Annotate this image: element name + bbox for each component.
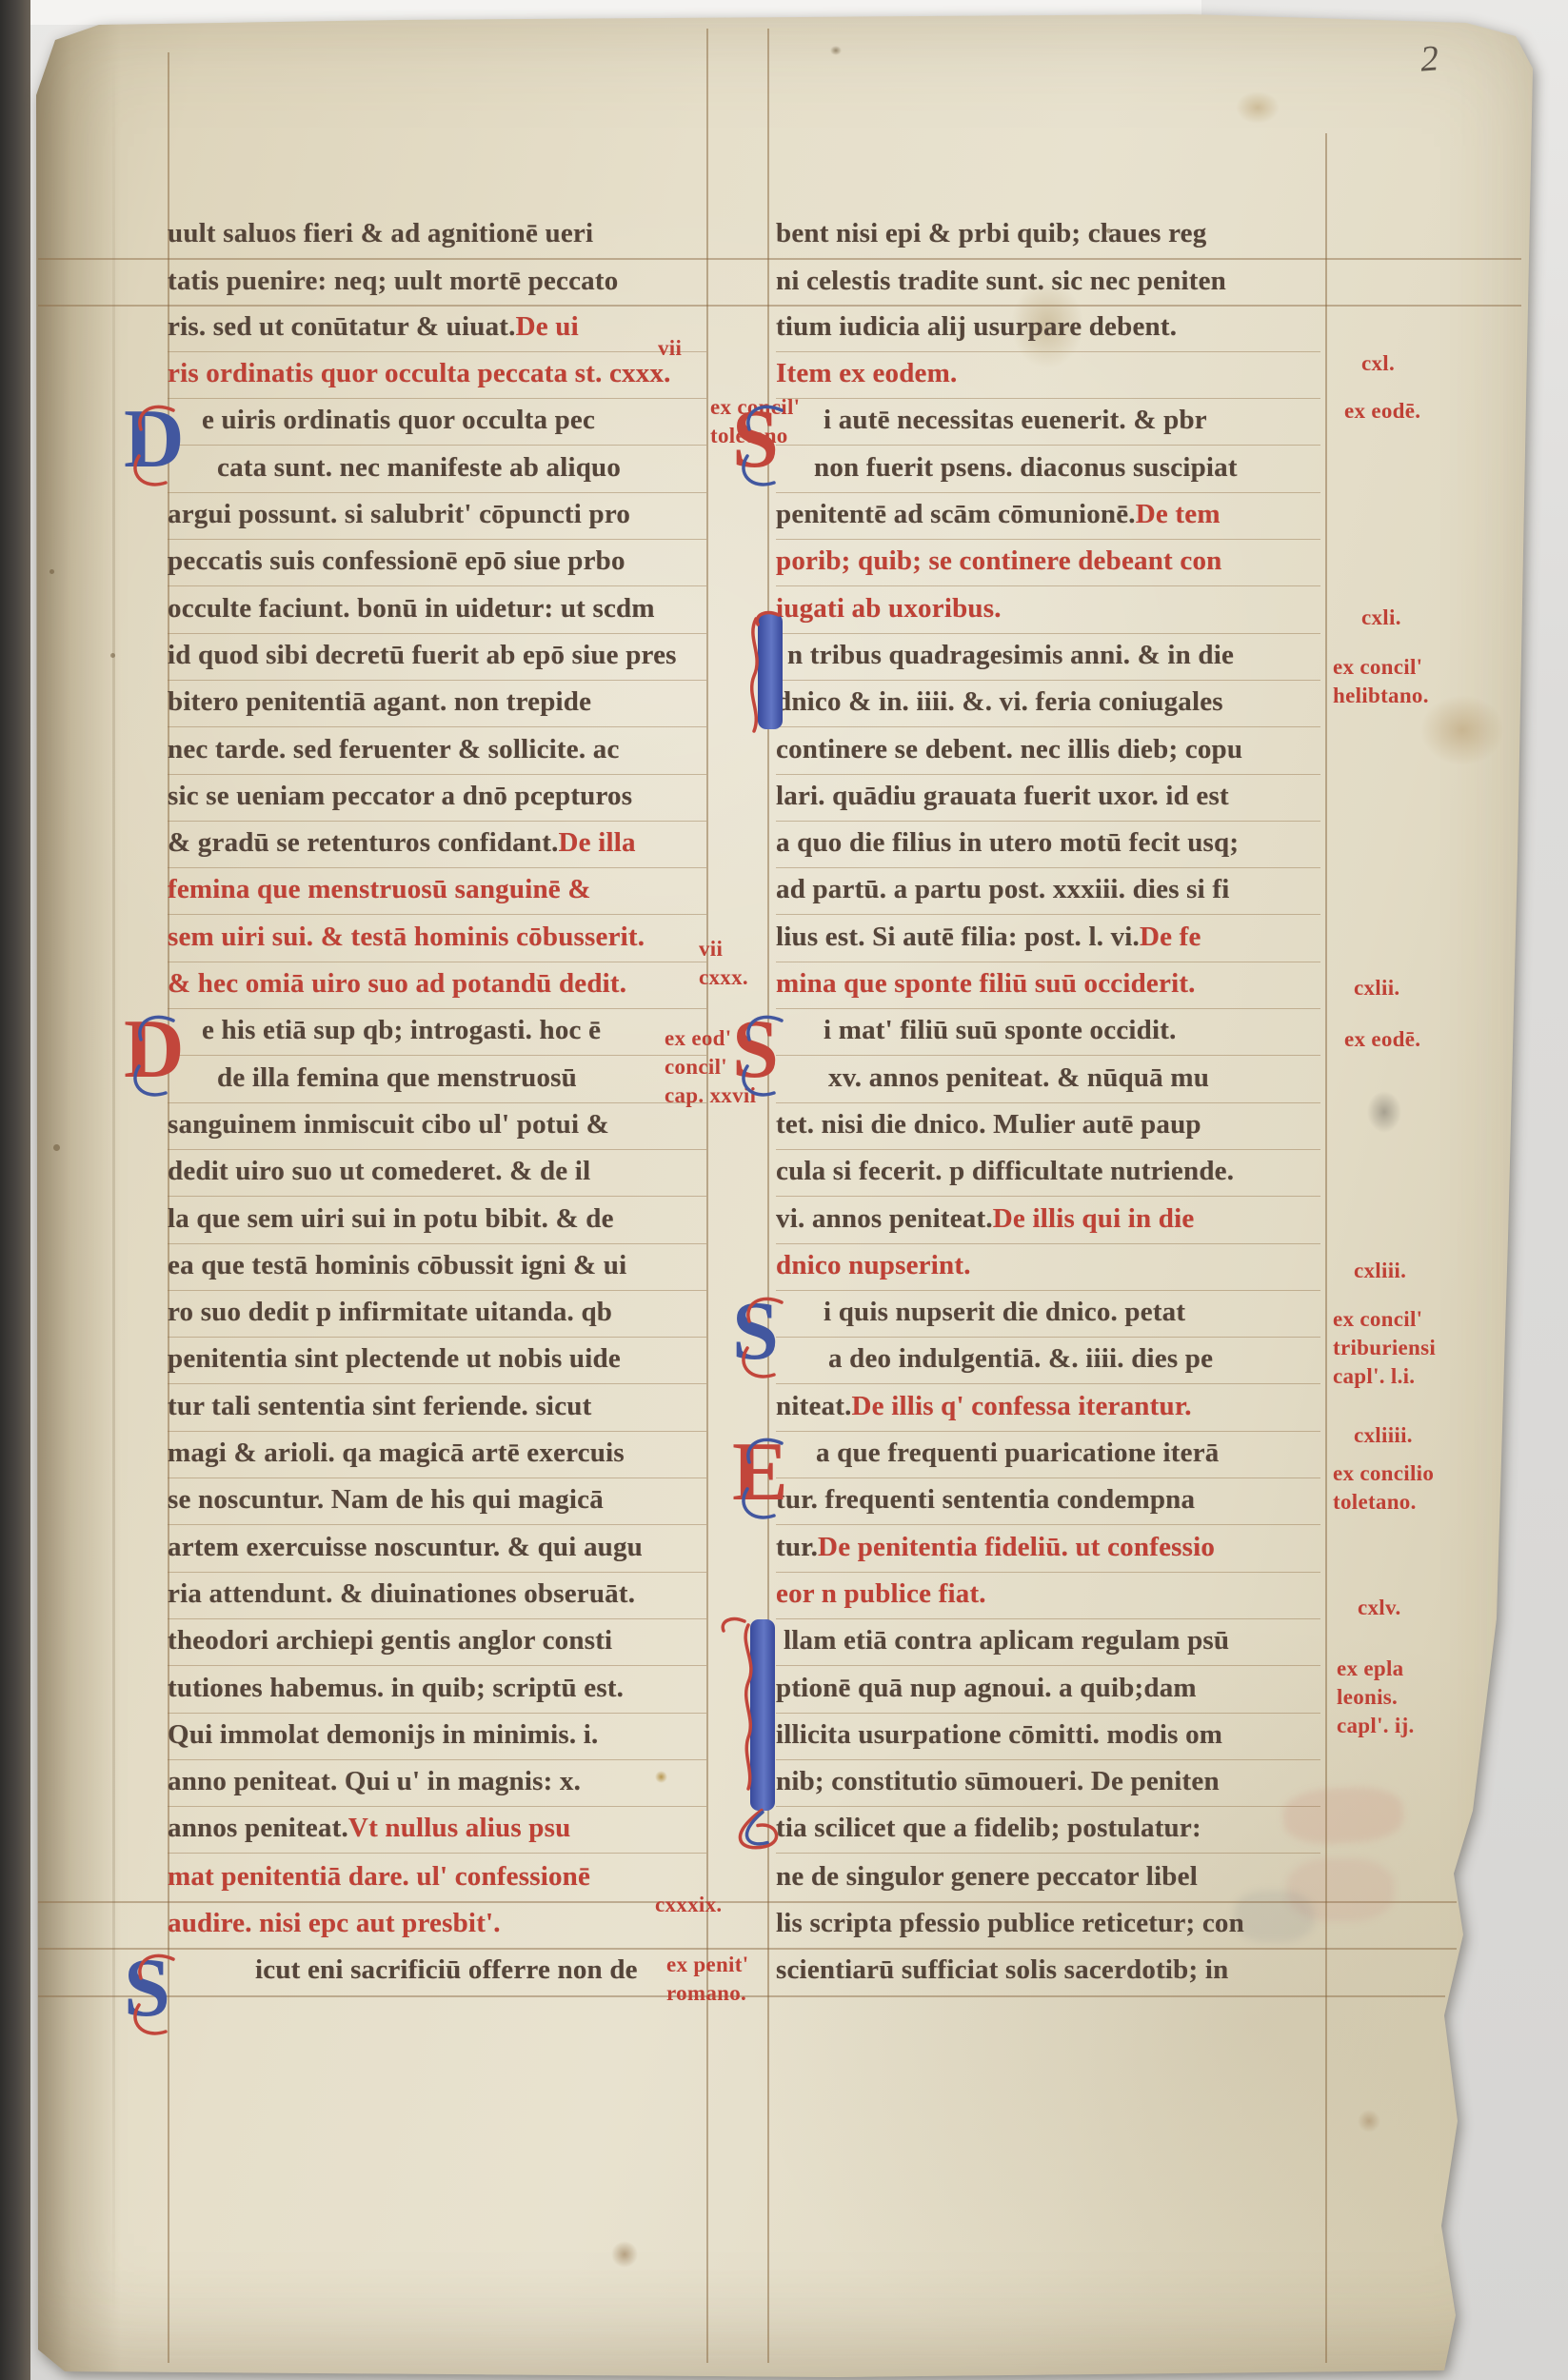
marginal-note-line: ex eodē. [1344,397,1420,426]
illuminated-initial-S: S [124,1946,190,2041]
stain [611,2241,638,2268]
text-line: id quod sibi decretū fuerit ab epō siue … [168,634,706,681]
text-line: sem uiri sui. & testā hominis cōbusserit… [168,916,706,962]
illuminated-initial-S: S [732,1289,799,1384]
text-line: tium iudicia alij usurpare debent. [776,306,1320,352]
text-segment: ptionē quā nup agnoui. a quib;dam [776,1668,1197,1708]
text-line: ne de singulor genere peccator libel [776,1854,1320,1901]
text-line: sanguinem inmiscuit cibo ul' potui & [168,1103,706,1150]
text-line: bent nisi epi & prbi quib; claues reg [776,211,1320,258]
text-segment: de illa femina que menstruosū [217,1058,577,1098]
stain [1358,2110,1380,2132]
text-segment: eor n publice fiat. [776,1574,986,1614]
stain [1236,91,1280,124]
text-line: continere se debent. nec illis dieb; cop… [776,727,1320,774]
illuminated-initial-S: S [732,1007,799,1102]
text-segment: llam etiā contra aplicam regulam psū [784,1620,1229,1660]
text-segment: nec tarde. sed feruenter & sollicite. ac [168,729,620,769]
speck [50,569,54,574]
text-segment: De illis qui in die [993,1199,1195,1239]
text-line: nib; constitutio sūmoueri. De peniten [776,1760,1320,1807]
text-segment: continere se debent. nec illis dieb; cop… [776,729,1242,769]
text-segment: uult saluos fieri & ad agnitionē ueri [168,213,593,253]
text-line: mat penitentiā dare. ul' confessionē [168,1854,706,1901]
illuminated-initial-D: D [124,397,190,492]
marginal-note: cxlii. [1354,974,1399,1002]
text-segment: ni celestis tradite sunt. sic nec penite… [776,261,1226,301]
text-line: cula si fecerit. p difficultate nutriend… [776,1150,1320,1197]
text-line: ni celestis tradite sunt. sic nec penite… [776,258,1320,305]
text-segment: sanguinem inmiscuit cibo ul' potui & [168,1104,609,1144]
marginal-note: cxl. [1361,349,1395,378]
text-line: dnico nupserint. [776,1244,1320,1291]
text-line: magi & arioli. qa magicā artē exercuis [168,1432,706,1478]
text-line: scientiarū sufficiat solis sacerdotib; i… [776,1948,1320,1994]
text-line: tet. nisi die dnico. Mulier autē paup [776,1103,1320,1150]
marginal-note-line: ex concil' [1333,653,1429,682]
text-segment: tium iudicia alij usurpare debent. [776,307,1177,347]
text-segment: ea que testā hominis cōbussit igni & ui [168,1245,626,1285]
text-line: tur. frequenti sententia condempna [776,1478,1320,1525]
text-line: i quis nupserit die dnico. petat [776,1291,1320,1338]
text-line: ea que testā hominis cōbussit igni & ui [168,1244,706,1291]
text-segment: tur. frequenti sententia condempna [776,1479,1195,1519]
text-line: llam etiā contra aplicam regulam psū [776,1619,1320,1666]
marginal-note: ex eodē. [1344,397,1420,426]
text-line: lis scripta pfessio publice reticetur; c… [776,1901,1320,1948]
text-line: tur. De penitentia fideliū. ut confessio [776,1525,1320,1572]
text-segment: occulte faciunt. bonū in uidetur: ut scd… [168,588,655,628]
text-segment: dnico & in. iiii. &. vi. feria coniugale… [776,682,1223,722]
text-line: annos peniteat. Vt nullus alius psu [168,1807,706,1854]
text-segment: bent nisi epi & prbi quib; claues reg [776,213,1206,253]
marginal-note: ex conciliotoletano. [1333,1459,1434,1517]
text-line: tia scilicet que a fidelib; postulatur: [776,1807,1320,1854]
text-line: ro suo dedit p infirmitate uitanda. qb [168,1291,706,1338]
text-segment: mina que sponte filiū suū occiderit. [776,963,1196,1003]
marginal-note-line: ex penit' [666,1951,748,1979]
marginal-note: ex penit'romano. [666,1951,748,2008]
marginal-note-line: toletano. [1333,1488,1434,1517]
text-segment: audire. nisi epc aut presbit'. [168,1903,501,1943]
text-line: la que sem uiri sui in potu bibit. & de [168,1197,706,1243]
text-segment: Vt nullus alius psu [348,1808,571,1848]
text-line: i mat' filiū suū sponte occidit. [776,1009,1320,1056]
text-line: a quo die filius in utero motū fecit usq… [776,822,1320,868]
text-segment: xv. annos peniteat. & nūquā mu [828,1058,1209,1098]
text-line: vi. annos peniteat. De illis qui in die [776,1197,1320,1243]
marginal-note: cxliii. [1354,1257,1406,1285]
marginal-note-line: ex concil' [1333,1305,1436,1334]
ruling-line-vertical [767,29,769,2363]
text-line: argui possunt. si salubrit' cōpuncti pro [168,493,706,540]
text-segment: anno peniteat. Qui u' in magnis: x. [168,1761,581,1801]
marginal-note-line: vii [699,935,748,963]
text-line: ad partū. a partu post. xxxiii. dies si … [776,868,1320,915]
marginal-note-line: romano. [666,1979,748,2008]
text-segment: penitentē ad scām cōmunionē. [776,494,1136,534]
text-line: mina que sponte filiū suū occiderit. [776,962,1320,1009]
text-line: theodori archiepi gentis anglor consti [168,1619,706,1666]
text-line: iugati ab uxoribus. [776,586,1320,633]
text-segment: e his etiā sup qb; introgasti. hoc ē [202,1010,601,1050]
text-line: icut eni sacrificiū offerre non de [168,1948,706,1994]
text-segment: & gradū se retenturos confidant. [168,823,559,863]
text-segment: se noscuntur. Nam de his qui magicā [168,1479,604,1519]
text-line: de illa femina que menstruosū [168,1056,706,1102]
marginal-note-line: helibtano. [1333,682,1429,710]
marginal-note: cxlv. [1358,1594,1401,1622]
marginal-note: vii [658,334,682,363]
text-line: anno peniteat. Qui u' in magnis: x. [168,1760,706,1807]
text-line: bitero penitentiā agant. non trepide [168,681,706,727]
text-segment: dedit uiro suo ut comederet. & de il [168,1151,590,1191]
text-line: ris ordinatis quor occulta peccata st. c… [168,352,706,399]
text-segment: De illis q' confessa iterantur. [852,1386,1192,1426]
text-segment: tia scilicet que a fidelib; postulatur: [776,1808,1201,1848]
text-segment: ris ordinatis quor occulta peccata st. c… [168,353,671,393]
text-segment: i quis nupserit die dnico. petat [824,1292,1185,1332]
text-segment: De fe [1140,917,1201,957]
text-segment: n tribus quadragesimis anni. & in die [787,635,1234,675]
parchment-crease [112,57,115,2323]
text-segment: De ui [516,307,579,347]
text-segment: a que frequenti puaricatione iterā [816,1433,1220,1473]
text-segment: lis scripta pfessio publice reticetur; c… [776,1903,1244,1943]
illuminated-initial-I [750,613,817,735]
text-line: porib; quib; se continere debeant con [776,540,1320,586]
text-segment: penitentia sint plectende ut nobis uide [168,1339,621,1378]
text-segment: tet. nisi die dnico. Mulier autē paup [776,1104,1201,1144]
text-segment: i autē necessitas euenerit. & pbr [824,400,1207,440]
text-line: a que frequenti puaricatione iterā [776,1432,1320,1478]
marginal-note: cxli. [1361,604,1401,632]
text-segment: ro suo dedit p infirmitate uitanda. qb [168,1292,612,1332]
marginal-note-line: capl'. ij. [1337,1712,1415,1740]
marginal-note-line: cxxxix. [655,1891,722,1919]
marginal-note: ex concil'helibtano. [1333,653,1429,710]
text-line: xv. annos peniteat. & nūquā mu [776,1056,1320,1102]
text-segment: Item ex eodem. [776,353,957,393]
text-line: femina que menstruosū sanguinē & [168,868,706,915]
text-line: lius est. Si autē filia: post. l. vi. De… [776,916,1320,962]
marginal-note-line: leonis. [1337,1683,1415,1712]
text-segment: annos peniteat. [168,1808,348,1848]
marginal-note-line: cxxx. [699,963,748,992]
text-line: ris. sed ut conūtatur & uiuat. De ui [168,306,706,352]
text-segment: lari. quādiu grauata fuerit uxor. id est [776,776,1229,816]
marginal-note-line: ex epla [1337,1655,1415,1683]
text-segment: magi & arioli. qa magicā artē exercuis [168,1433,625,1473]
marginal-note: cxxxix. [655,1891,722,1919]
text-line: dnico & in. iiii. &. vi. feria coniugale… [776,681,1320,727]
text-line: e uiris ordinatis quor occulta pec [168,399,706,446]
text-line: artem exercuisse noscuntur. & qui augu [168,1525,706,1572]
text-line: n tribus quadragesimis anni. & in die [776,634,1320,681]
marginal-note: cxliiii. [1354,1421,1413,1450]
illuminated-initial-E: E [732,1430,799,1525]
text-segment: nib; constitutio sūmoueri. De peniten [776,1761,1220,1801]
marginal-note: viicxxx. [699,935,748,992]
text-segment: niteat. [776,1386,852,1426]
stain [1420,695,1504,765]
marginal-note-line: vii [658,334,682,363]
text-line: se noscuntur. Nam de his qui magicā [168,1478,706,1525]
illuminated-initial-I [716,1619,783,1854]
text-line: niteat. De illis q' confessa iterantur. [776,1385,1320,1432]
marginal-note-line: capl'. l.i. [1333,1362,1436,1391]
text-segment: e uiris ordinatis quor occulta pec [202,400,595,440]
text-line: audire. nisi epc aut presbit'. [168,1901,706,1948]
ruling-line-vertical [1325,133,1327,2363]
text-segment: theodori archiepi gentis anglor consti [168,1620,612,1660]
text-line: dedit uiro suo ut comederet. & de il [168,1150,706,1197]
stain [830,46,842,55]
illuminated-initial-D: D [124,1007,190,1102]
text-segment: ne de singulor genere peccator libel [776,1856,1198,1896]
illuminated-initial-S: S [732,397,799,492]
text-line: & hec omiā uiro suo ad potandū dedit. [168,962,706,1009]
text-segment: Qui immolat demonijs in minimis. i. [168,1715,599,1755]
marginal-note-line: cxlii. [1354,974,1399,1002]
text-segment: tutiones habemus. in quib; scriptū est. [168,1668,624,1708]
text-segment: tatis puenire: neq; uult mortē peccato [168,261,618,301]
text-line: tutiones habemus. in quib; scriptū est. [168,1666,706,1713]
text-line: e his etiā sup qb; introgasti. hoc ē [168,1009,706,1056]
text-segment: cula si fecerit. p difficultate nutriend… [776,1151,1234,1191]
text-segment: argui possunt. si salubrit' cōpuncti pro [168,494,630,534]
marginal-note-line: ex eodē. [1344,1025,1420,1054]
text-segment: non fuerit psens. diaconus suscipiat [814,447,1238,487]
text-line: eor n publice fiat. [776,1573,1320,1619]
text-segment: la que sem uiri sui in potu bibit. & de [168,1199,614,1239]
text-segment: bitero penitentiā agant. non trepide [168,682,591,722]
text-line: nec tarde. sed feruenter & sollicite. ac [168,727,706,774]
text-segment: tur tali sententia sint feriende. sicut [168,1386,591,1426]
text-segment: sem uiri sui. & testā hominis cōbusserit… [168,917,645,957]
text-line: penitentē ad scām cōmunionē. De tem [776,493,1320,540]
marginal-note-line: cxliii. [1354,1257,1406,1285]
text-segment: mat penitentiā dare. ul' confessionē [168,1856,590,1896]
text-line: tatis puenire: neq; uult mortē peccato [168,258,706,305]
text-segment: vi. annos peniteat. [776,1199,993,1239]
marginal-note: ex eodē. [1344,1025,1420,1054]
text-segment: ria attendunt. & diuinationes obseruāt. [168,1574,635,1614]
folio-number: 2 [1419,37,1440,80]
text-segment: illicita usurpatione cōmitti. modis om [776,1715,1222,1755]
ruling-line-vertical [706,29,708,2363]
text-segment: peccatis suis confessionē epō siue prbo [168,541,625,581]
marginal-note-line: cxliiii. [1354,1421,1413,1450]
text-line: penitentia sint plectende ut nobis uide [168,1338,706,1384]
text-segment: De illa [559,823,636,863]
text-line: sic se ueniam peccator a dnō pcepturos [168,775,706,822]
speck [53,1144,60,1151]
marginal-note-line: triburiensi [1333,1334,1436,1362]
text-segment: ad partū. a partu post. xxxiii. dies si … [776,869,1230,909]
marginal-note: ex eplaleonis.capl'. ij. [1337,1655,1415,1740]
text-line: ria attendunt. & diuinationes obseruāt. [168,1573,706,1619]
speck [110,653,115,658]
text-segment: i mat' filiū suū sponte occidit. [824,1010,1177,1050]
text-line: occulte faciunt. bonū in uidetur: ut scd… [168,586,706,633]
text-segment: id quod sibi decretū fuerit ab epō siue … [168,635,677,675]
text-line: Qui immolat demonijs in minimis. i. [168,1714,706,1760]
text-segment: icut eni sacrificiū offerre non de [255,1950,638,1990]
text-segment: ris. sed ut conūtatur & uiuat. [168,307,516,347]
text-segment: a quo die filius in utero motū fecit usq… [776,823,1239,863]
text-segment: tur. [776,1527,818,1567]
text-line: illicita usurpatione cōmitti. modis om [776,1714,1320,1760]
text-line: peccatis suis confessionē epō siue prbo [168,540,706,586]
text-segment: cata sunt. nec manifeste ab aliquo [217,447,621,487]
text-line: ptionē quā nup agnoui. a quib;dam [776,1666,1320,1713]
text-segment: sic se ueniam peccator a dnō pcepturos [168,776,632,816]
text-line: & gradū se retenturos confidant. De illa [168,822,706,868]
text-segment: De tem [1136,494,1221,534]
text-segment: scientiarū sufficiat solis sacerdotib; i… [776,1950,1228,1990]
stain [1367,1091,1401,1133]
text-segment: De penitentia fideliū. ut confessio [818,1527,1215,1567]
text-segment: femina que menstruosū sanguinē & [168,869,591,909]
text-segment: lius est. Si autē filia: post. l. vi. [776,917,1140,957]
manuscript-leaf-wrapper: 2 uult saluos fieri & ad agnitionē uerit… [0,0,1568,2380]
text-line: cata sunt. nec manifeste ab aliquo [168,446,706,493]
text-segment: artem exercuisse noscuntur. & qui augu [168,1527,643,1567]
marginal-note-line: cxli. [1361,604,1401,632]
text-segment: porib; quib; se continere debeant con [776,541,1221,581]
text-segment: a deo indulgentiā. &. iiii. dies pe [828,1339,1213,1378]
manuscript-page: 2 uult saluos fieri & ad agnitionē uerit… [0,0,1568,2380]
text-line: i autē necessitas euenerit. & pbr [776,399,1320,446]
text-line: tur tali sententia sint feriende. sicut [168,1385,706,1432]
text-line: lari. quādiu grauata fuerit uxor. id est [776,775,1320,822]
marginal-note-line: cxlv. [1358,1594,1401,1622]
text-line: a deo indulgentiā. &. iiii. dies pe [776,1338,1320,1384]
text-line: non fuerit psens. diaconus suscipiat [776,446,1320,493]
marginal-note-line: cxl. [1361,349,1395,378]
text-segment: & hec omiā uiro suo ad potandū dedit. [168,963,626,1003]
text-line: Item ex eodem. [776,352,1320,399]
marginal-note-line: ex concilio [1333,1459,1434,1488]
scan-canvas: { "page": { "folio_number": "2" }, "colo… [0,0,1568,2380]
binding-gutter-shadow [30,0,121,2380]
marginal-note: ex concil'triburiensicapl'. l.i. [1333,1305,1436,1391]
text-segment: dnico nupserint. [776,1245,971,1285]
text-line: uult saluos fieri & ad agnitionē ueri [168,211,706,258]
